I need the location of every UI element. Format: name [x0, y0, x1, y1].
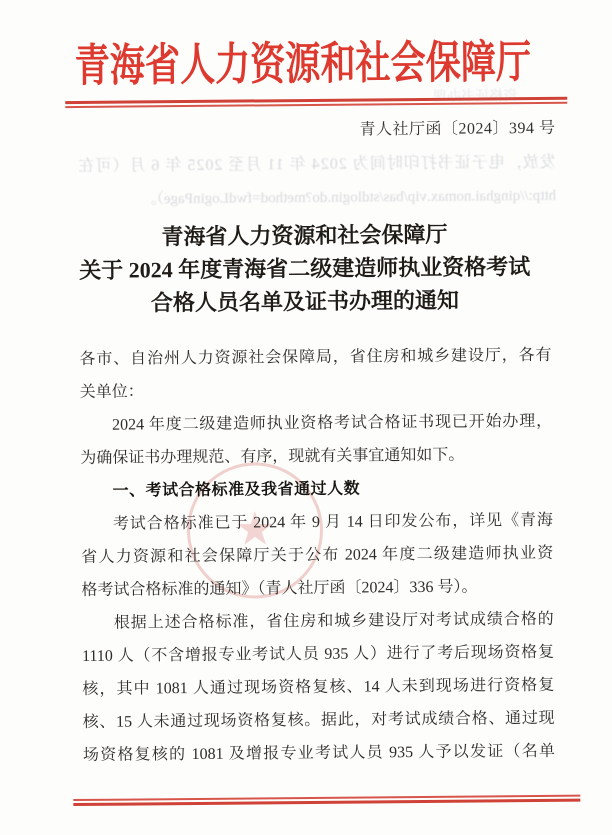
body-line: 场资格复核的 1081 及增报专业考试人员 935 人予以发证（名单	[83, 735, 555, 772]
bleed-through-line-chinese: 发放，电子证书打印时间为 2024 年 11 月至 2025 年 6 月（可在	[58, 149, 556, 176]
section-heading: 一、考试合格标准及我省通过人数	[80, 471, 552, 508]
document-title-line1: 青海省人力资源和社会保障厅	[0, 216, 611, 254]
body-line: 各市、自治州人力资源社会保障局，省住房和城乡建设厅，各有	[79, 339, 551, 376]
footer-rule	[73, 795, 580, 806]
body-line: 核，其中 1081 人通过现场资格复核、14 人未到现场进行资格复	[82, 669, 554, 706]
letterhead-agency-title: 青海省人力资源和社会保障厅	[64, 38, 542, 90]
scan-skew-wrapper: 青海省人力资源和社会保障厅 青人社厅函〔2024〕394 号 资格证书办理 发放…	[0, 0, 612, 835]
body-line: 2024 年度二级建造师执业资格考试合格证书现已开始办理，	[80, 405, 552, 442]
body-line: 1110 人（不含增报专业考试人员 935 人）进行了考后现场资格复	[82, 636, 554, 673]
body-line: 核、15 人未通过现场资格复核。据此，对考试成绩合格、通过现	[83, 702, 555, 739]
body-line: 格考试合格标准的通知》（青人社厅函〔2024〕336 号）。	[81, 570, 553, 607]
body-line: 考试合格标准已于 2024 年 9 月 14 日印发公布，详见《青海	[81, 504, 553, 541]
document-body: 各市、自治州人力资源社会保障局，省住房和城乡建设厅，各有 关单位： 2024 年…	[79, 339, 555, 772]
body-line: 根据上述合格标准，省住房和城乡建设厅对考试成绩合格的	[82, 603, 554, 640]
body-line: 为确保证书办理规范、有序，现就有关事宜通知如下。	[80, 438, 552, 475]
document-number: 青人社厅函〔2024〕394 号	[359, 115, 555, 140]
body-line: 省人力资源和社会保障厅关于公布 2024 年度二级建造师执业资	[81, 537, 553, 574]
bleed-through-line-url: http://qinghai.nomax.vip/bas/stdlogin.do…	[56, 184, 556, 209]
scanned-official-document: 青海省人力资源和社会保障厅 青人社厅函〔2024〕394 号 资格证书办理 发放…	[0, 0, 612, 835]
document-title-line2: 关于 2024 年度青海省二级建造师执业资格考试	[0, 249, 611, 287]
document-title: 青海省人力资源和社会保障厅 关于 2024 年度青海省二级建造师执业资格考试 合…	[0, 216, 611, 320]
body-line: 关单位：	[80, 372, 552, 409]
document-title-line3: 合格人员名单及证书办理的通知	[0, 282, 611, 320]
bleed-through-fragment: 资格证书办理	[332, 85, 517, 107]
